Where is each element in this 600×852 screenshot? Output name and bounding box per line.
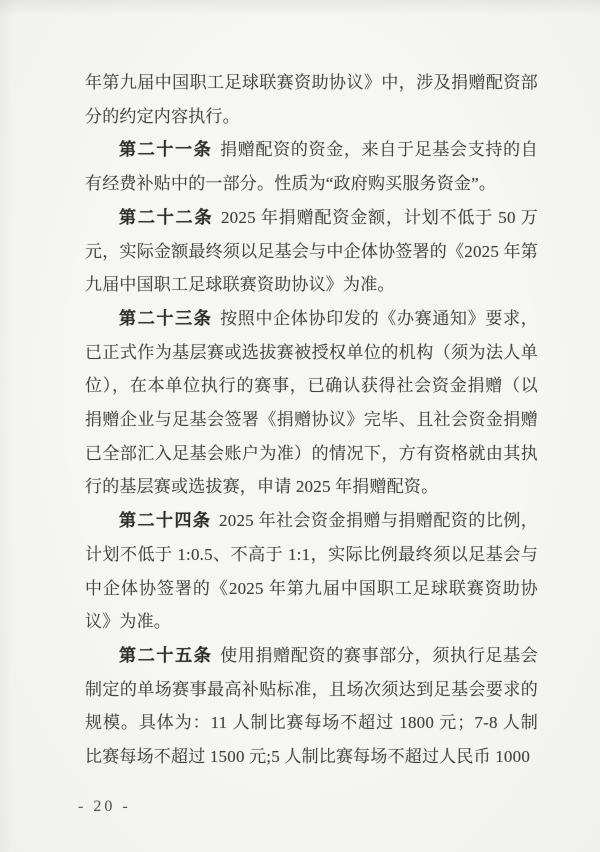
paragraph-article-24: 第二十四条2025 年社会资金捐赠与捐赠配资的比例，计划不低于 1:0.5、不高… <box>85 504 538 639</box>
document-body: 年第九届中国职工足球联赛资助协议》中，涉及捐赠配资部分的约定内容执行。 第二十一… <box>85 66 538 774</box>
paragraph-text: 年第九届中国职工足球联赛资助协议》中，涉及捐赠配资部分的约定内容执行。 <box>85 73 538 126</box>
paragraph-article-25: 第二十五条使用捐赠配资的赛事部分，须执行足基会制定的单场赛事最高补贴标准，且场次… <box>85 639 538 774</box>
paragraph-continuation: 年第九届中国职工足球联赛资助协议》中，涉及捐赠配资部分的约定内容执行。 <box>85 66 538 133</box>
article-21-number: 第二十一条 <box>119 140 212 159</box>
page-number: - 20 - <box>78 796 131 818</box>
scanned-document-page: 年第九届中国职工足球联赛资助协议》中，涉及捐赠配资部分的约定内容执行。 第二十一… <box>0 0 600 852</box>
article-25-number: 第二十五条 <box>119 646 212 665</box>
paragraph-article-22: 第二十二条2025 年捐赠配资金额，计划不低于 50 万元，实际金额最终须以足基… <box>85 201 538 302</box>
paragraph-article-21: 第二十一条捐赠配资的资金，来自于足基会支持的自有经费补贴中的一部分。性质为“政府… <box>85 133 538 200</box>
article-22-number: 第二十二条 <box>119 208 213 227</box>
paragraph-article-23: 第二十三条按照中企体协印发的《办赛通知》要求，已正式作为基层赛或选拔赛被授权单位… <box>85 302 538 504</box>
article-23-number: 第二十三条 <box>119 309 212 328</box>
article-24-number: 第二十四条 <box>119 511 211 530</box>
paragraph-text: 按照中企体协印发的《办赛通知》要求，已正式作为基层赛或选拔赛被授权单位的机构（须… <box>85 309 538 497</box>
